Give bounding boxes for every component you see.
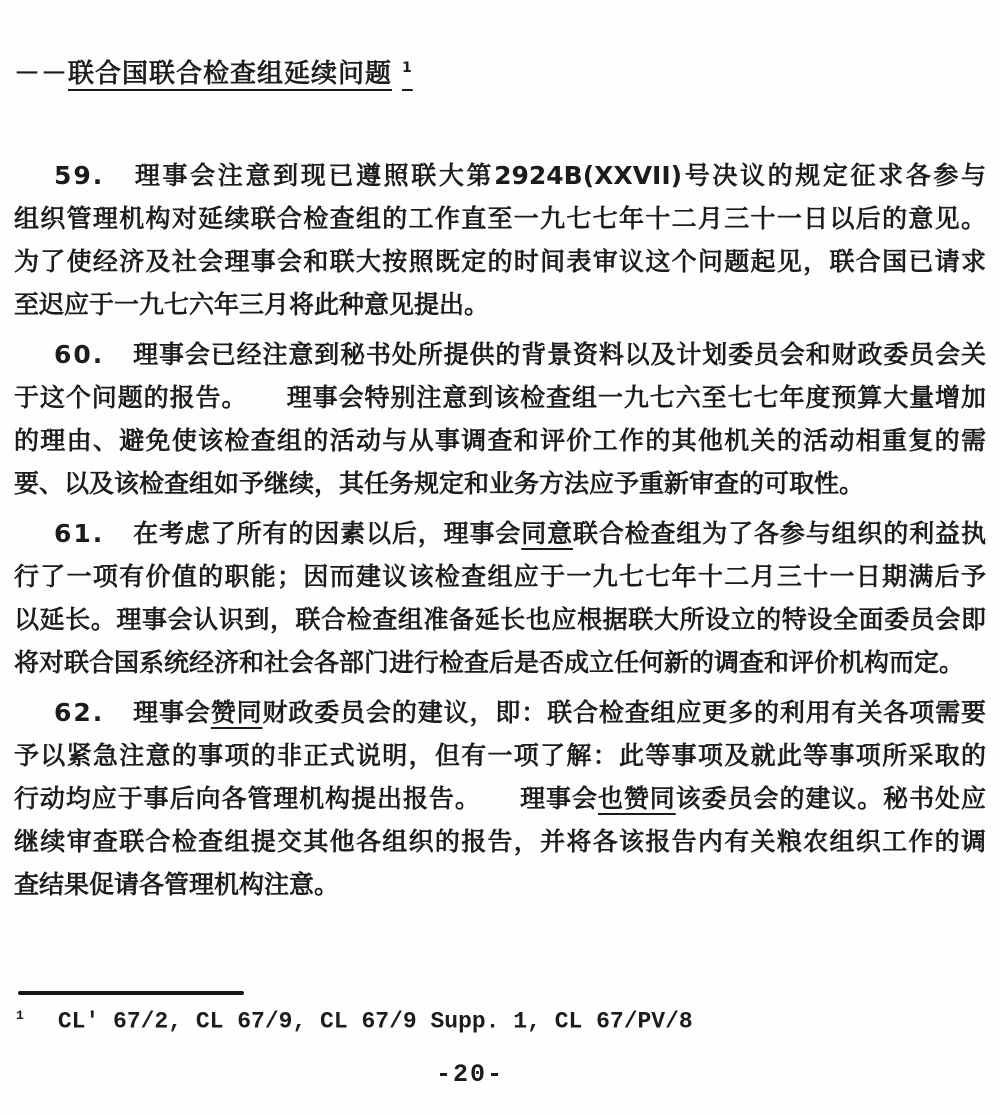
text-segment: 行了一项有价值的职能；因而建议该检查组应于一九七七年十二月三十一日期满后予 [14, 562, 986, 591]
text-segment: 在考虑了所有的因素以后，理事会 [132, 519, 521, 548]
footnote-marker: 1 [16, 1008, 24, 1023]
document-sheet: －－联合国联合检查组延续问题1 59.理事会注意到现已遵照联大第2924B(XX… [0, 0, 1000, 1114]
footnote-reference: 1 [402, 60, 413, 76]
text-segment: 的理由、避免使该检查组的活动与从事调查和评价工作的其他机关的活动相重复的需 [14, 426, 986, 455]
text-segment: 该委员会的建议。秘书处应 [676, 784, 986, 813]
page-number: -20- [0, 1060, 940, 1089]
paragraph: 60.理事会已经注意到秘书处所提供的背景资料以及计划委员会和财政委员会关于这个问… [14, 333, 986, 505]
text-segment: 组织管理机构对延续联合检查组的工作直至一九七七年十二月三十一日以后的意见。 [14, 204, 986, 233]
text-line: 将对联合国系统经济和社会各部门进行检查后是否成立任何新的调查和评价机构而定。 [14, 641, 986, 684]
scanned-document-page: { "page": { "background": "#fefefe", "te… [0, 0, 1000, 1114]
text-segment: 为了使经济及社会理事会和联大按照既定的时间表审议这个问题起见，联合国已请求 [14, 247, 986, 276]
text-line: 以延长。理事会认识到，联合检查组准备延长也应根据联大所设立的特设全面委员会即 [14, 598, 986, 641]
text-segment: 将对联合国系统经济和社会各部门进行检查后是否成立任何新的调查和评价机构而定。 [14, 648, 964, 677]
text-segment: 查结果促请各管理机构注意。 [14, 870, 339, 899]
text-segment: 予以紧急注意的事项的非正式说明，但有一项了解：此等事项及就此等事项所采取的 [14, 741, 986, 770]
text-line: 60.理事会已经注意到秘书处所提供的背景资料以及计划委员会和财政委员会关 [14, 333, 986, 376]
paragraph: 62.理事会赞同财政委员会的建议，即：联合检查组应更多的利用有关各项需要予以紧急… [14, 691, 986, 906]
underlined-text-segment: 同意 [521, 519, 573, 548]
text-line: 行动均应于事后向各管理机构提出报告。 理事会也赞同该委员会的建议。秘书处应 [14, 777, 986, 820]
text-segment: 于这个问题的报告。 理事会特别注意到该检查组一九七六至七七年度预算大量增加 [14, 383, 986, 412]
text-line: 行了一项有价值的职能；因而建议该检查组应于一九七七年十二月三十一日期满后予 [14, 555, 986, 598]
document-title: －－联合国联合检查组延续问题1 [14, 53, 413, 90]
title-text: 联合国联合检查组延续问题1 [68, 59, 413, 89]
paragraph: 61.在考虑了所有的因素以后，理事会同意联合检查组为了各参与组织的利益执行了一项… [14, 512, 986, 684]
text-line: 继续审查联合检查组提交其他各组织的报告，并将各该报告内有关粮农组织工作的调 [14, 820, 986, 863]
text-line: 的理由、避免使该检查组的活动与从事调查和评价工作的其他机关的活动相重复的需 [14, 419, 986, 462]
text-line: 查结果促请各管理机构注意。 [14, 863, 986, 906]
underlined-text-segment: 也赞同 [598, 784, 676, 813]
underlined-text-segment: 赞同 [211, 698, 263, 727]
text-segment: 联合检查组为了各参与组织的利益执 [573, 519, 986, 548]
paragraph-number: 60. [54, 340, 132, 369]
text-line: 62.理事会赞同财政委员会的建议，即：联合检查组应更多的利用有关各项需要 [14, 691, 986, 734]
paragraph-number: 62. [54, 698, 132, 727]
text-line: 要、以及该检查组如予继续，其任务规定和业务方法应予重新审查的可取性。 [14, 462, 986, 505]
text-segment: 理事会 [132, 698, 210, 727]
text-line: 组织管理机构对延续联合检查组的工作直至一九七七年十二月三十一日以后的意见。 [14, 197, 986, 240]
text-segment: 至迟应于一九七六年三月将此种意见提出。 [14, 290, 489, 319]
title-dash-prefix: －－ [14, 59, 68, 89]
paragraph-number: 61. [54, 519, 132, 548]
text-segment: 行动均应于事后向各管理机构提出报告。 理事会 [14, 784, 598, 813]
footnote-separator-rule [18, 991, 244, 995]
text-line: 予以紧急注意的事项的非正式说明，但有一项了解：此等事项及就此等事项所采取的 [14, 734, 986, 777]
text-line: 59.理事会注意到现已遵照联大第2924B(XXVII)号决议的规定征求各参与 [14, 154, 986, 197]
footnote-text: CL' 67/2, CL 67/9, CL 67/9 Supp. 1, CL 6… [58, 1009, 693, 1035]
text-segment: 财政委员会的建议，即：联合检查组应更多的利用有关各项需要 [263, 698, 986, 727]
paragraph-number: 59. [54, 161, 132, 190]
text-line: 为了使经济及社会理事会和联大按照既定的时间表审议这个问题起见，联合国已请求 [14, 240, 986, 283]
text-line: 61.在考虑了所有的因素以后，理事会同意联合检查组为了各参与组织的利益执 [14, 512, 986, 555]
text-line: 至迟应于一九七六年三月将此种意见提出。 [14, 283, 986, 326]
paragraph: 59.理事会注意到现已遵照联大第2924B(XXVII)号决议的规定征求各参与组… [14, 154, 986, 326]
text-segment: 以延长。理事会认识到，联合检查组准备延长也应根据联大所设立的特设全面委员会即 [14, 605, 986, 634]
text-segment: 要、以及该检查组如予继续，其任务规定和业务方法应予重新审查的可取性。 [14, 469, 864, 498]
text-segment: 理事会已经注意到秘书处所提供的背景资料以及计划委员会和财政委员会关 [132, 340, 986, 369]
title-label: 联合国联合检查组延续问题 [68, 59, 392, 89]
document-body: 59.理事会注意到现已遵照联大第2924B(XXVII)号决议的规定征求各参与组… [14, 154, 986, 913]
text-line: 于这个问题的报告。 理事会特别注意到该检查组一九七六至七七年度预算大量增加 [14, 376, 986, 419]
text-segment: 理事会注意到现已遵照联大第2924B(XXVII)号决议的规定征求各参与 [132, 161, 986, 190]
text-segment: 继续审查联合检查组提交其他各组织的报告，并将各该报告内有关粮农组织工作的调 [14, 827, 986, 856]
footnote: 1CL' 67/2, CL 67/9, CL 67/9 Supp. 1, CL … [16, 1008, 693, 1035]
